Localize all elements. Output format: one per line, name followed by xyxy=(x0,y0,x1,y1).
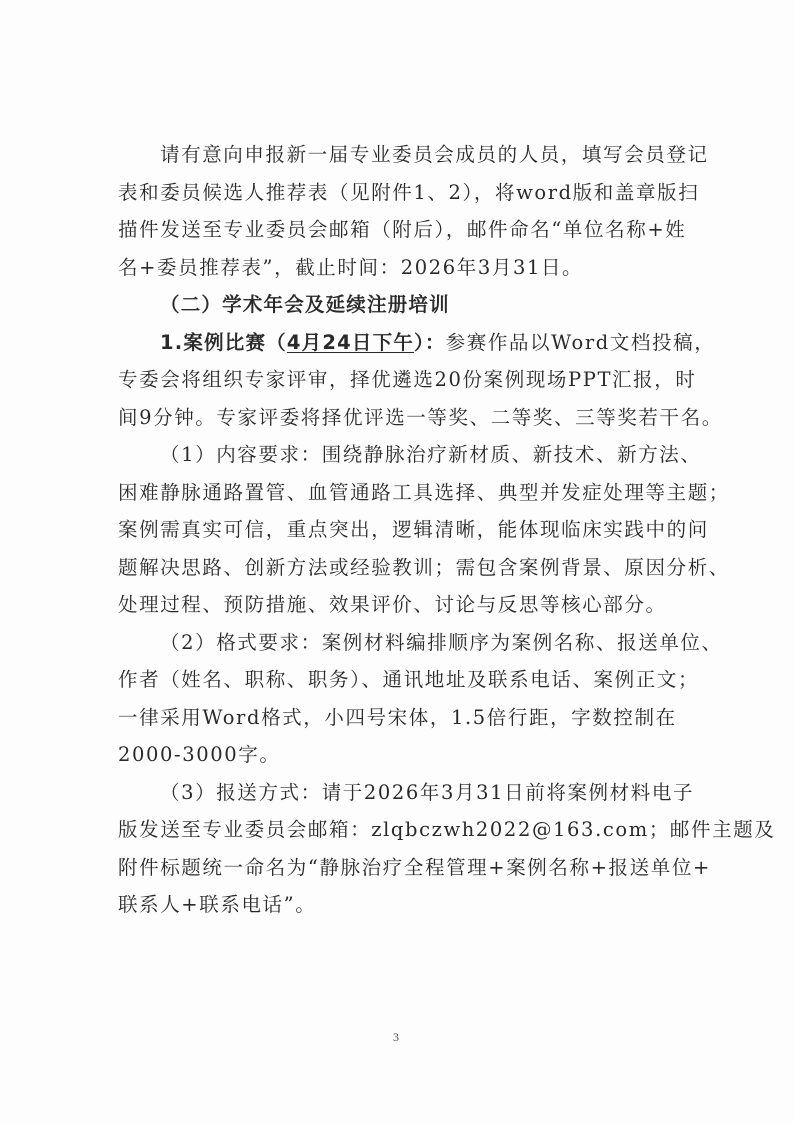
section-heading: （二）学术年会及延续注册培训 xyxy=(160,292,708,318)
page-number: 3 xyxy=(393,1030,399,1045)
paragraph-line: 联系人+联系电话”。 xyxy=(118,892,708,918)
paragraph-line: 一律采用Word格式，小四号宋体，1.5倍行距，字数控制在 xyxy=(118,705,708,731)
paragraph-line: 2000-3000字。 xyxy=(118,742,708,768)
case-competition-date: 4月24日下午 xyxy=(287,331,414,354)
paragraph-line: 题解决思路、创新方法或经验教训；需包含案例背景、原因分析、 xyxy=(118,555,708,581)
paragraph-line: 附件标题统一命名为“静脉治疗全程管理+案例名称+报送单位+ xyxy=(118,855,708,881)
paragraph-line: （1）内容要求：围绕静脉治疗新材质、新技术、新方法、 xyxy=(160,442,708,468)
paragraph-line: 名+委员推荐表”，截止时间：2026年3月31日。 xyxy=(118,255,708,281)
paragraph-line: 版发送至专业委员会邮箱：zlqbczwh2022@163.com；邮件主题及 xyxy=(118,817,708,843)
paragraph-line: 间9分钟。专家评委将择优评选一等奖、二等奖、三等奖若干名。 xyxy=(118,405,708,431)
case-competition-text: 参赛作品以Word文档投稿， xyxy=(446,331,716,354)
paragraph-line: （2）格式要求：案例材料编排顺序为案例名称、报送单位、 xyxy=(160,630,708,656)
case-competition-label-close: ）： xyxy=(414,331,446,354)
paragraph-line: 表和委员候选人推荐表（见附件1、2），将word版和盖章版扫 xyxy=(118,180,708,206)
paragraph-line: 专委会将组织专家评审，择优遴选20份案例现场PPT汇报，时 xyxy=(118,367,708,393)
paragraph-line: 请有意向申报新一届专业委员会成员的人员，填写会员登记 xyxy=(160,142,708,168)
document-page: 请有意向申报新一届专业委员会成员的人员，填写会员登记 表和委员候选人推荐表（见附… xyxy=(0,0,795,1123)
paragraph-line: 困难静脉通路置管、血管通路工具选择、典型并发症处理等主题； xyxy=(118,480,708,506)
paragraph-line: （3）报送方式：请于2026年3月31日前将案例材料电子 xyxy=(160,780,708,806)
paragraph-line: 描件发送至专业委员会邮箱（附后），邮件命名“单位名称+姓 xyxy=(118,217,708,243)
paragraph-line: 作者（姓名、职称、职务）、通讯地址及联系电话、案例正文； xyxy=(118,667,708,693)
paragraph-line: 案例需真实可信，重点突出，逻辑清晰，能体现临床实践中的问 xyxy=(118,517,708,543)
paragraph-line: 处理过程、预防措施、效果评价、讨论与反思等核心部分。 xyxy=(118,592,708,618)
case-competition-label: 1.案例比赛（ xyxy=(160,331,287,354)
case-competition-line: 1.案例比赛（4月24日下午）：参赛作品以Word文档投稿， xyxy=(160,330,708,356)
